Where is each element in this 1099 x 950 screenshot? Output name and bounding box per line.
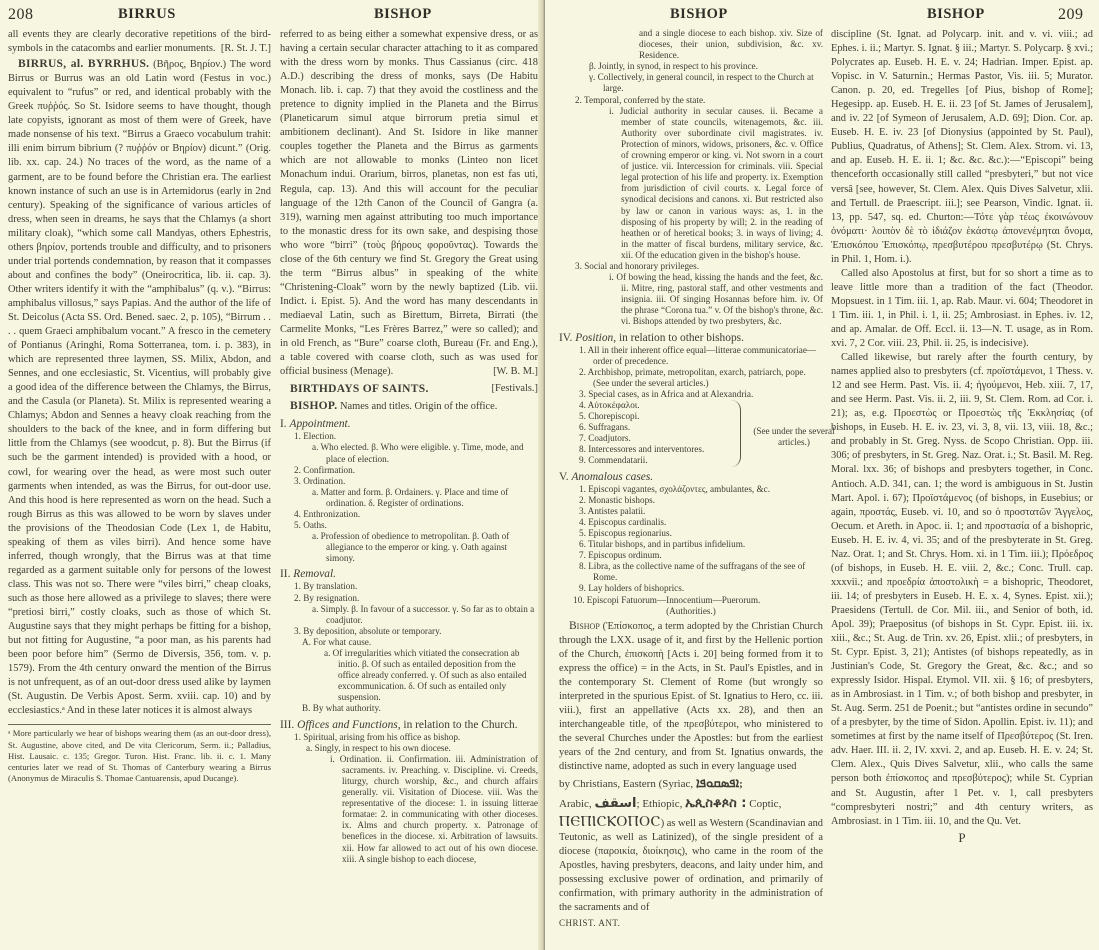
entry-heading: BIRTHDAYS OF SAINTS. (290, 383, 429, 395)
right-column-1: and a single diocese to each bishop. xiv… (559, 28, 823, 930)
outline-section-5: V. Anomalous cases. (559, 470, 823, 484)
outline-item: 8. Libra, as the collective name of the … (559, 561, 823, 583)
entry-lead: Bishop (569, 620, 600, 632)
paragraph: discipline (St. Ignat. ad Polycarp. init… (831, 28, 1093, 267)
outline-item: 3. Ordination. (280, 476, 538, 487)
entry-greek: (Βῆρος, Βηρίον.) (153, 59, 226, 70)
paragraph-continuation: ⲠⲈⲠⲒⲤⲔⲞⲠⲞⲤ) as well as Western (Scandina… (559, 814, 823, 915)
braced-list: 4. Αὐτοκέφαλοι. 5. Chorepiscopi. 6. Suff… (559, 400, 823, 467)
brace-note: (See under the several articles.) (749, 426, 839, 448)
outline-item: 8. Intercessores and interventores. (559, 444, 727, 455)
outline-item: B. By what authority. (280, 703, 538, 714)
outline-item: 4. Enthronization. (280, 509, 538, 520)
page-number-right: 209 (1058, 6, 1084, 24)
outline-item: β. Jointly, in synod, in respect to his … (559, 61, 823, 72)
outline-item: a. Matter and form. β. Ordainers. γ. Pla… (280, 487, 538, 509)
catchword: CHRIST. ANT. (559, 916, 823, 930)
signature-mark: P (831, 831, 1093, 845)
footnote: ᵃ More particularly we hear of bishops w… (8, 724, 271, 784)
outline-item: 5. Chorepiscopi. (559, 411, 823, 422)
outline-item: 1. All in their inherent office equal—li… (559, 345, 823, 367)
outline-item: 6. Titular bishops, and in partibus infi… (559, 539, 823, 550)
bishop-definition: Bishop (Ἐπίσκοπος, a term adopted by the… (559, 619, 823, 775)
outline-section-3: III. Offices and Functions, in relation … (280, 718, 538, 732)
outline-item: i. Ordination. ii. Confirmation. iii. Ad… (280, 754, 538, 865)
script-names: by Christians, Eastern (Syriac, ܐܦܣܩܘܦܐ;… (559, 774, 823, 814)
left-column-2: referred to as being either a somewhat e… (280, 28, 538, 865)
bishop-entry: BISHOP. Names and titles. Origin of the … (280, 399, 538, 414)
running-head-left-col2: BISHOP (374, 6, 432, 23)
script-text: Arabic, (559, 798, 592, 810)
outline-item: 10. Episcopi Fatuorum—Innocentium—Pueror… (559, 595, 823, 606)
outline-item: 1. Election. (280, 431, 538, 442)
right-page: BISHOP BISHOP 209 and a single diocese t… (545, 0, 1099, 950)
outline-item: 3. Antistes palatii. (559, 506, 823, 517)
outline-item: a. Of irregularities which vitiated the … (280, 648, 538, 703)
coptic-word: ⲠⲈⲠⲒⲤⲔⲞⲠⲞⲤ (559, 812, 661, 830)
outline-item: 1. Spiritual, arising from his office as… (280, 732, 538, 743)
outline-item: 2. Archbishop, primate, metropolitan, ex… (559, 367, 823, 389)
outline-item: a. Singly, in respect to his own diocese… (280, 743, 538, 754)
bishop-outline: I. Appointment. 1. Election. a. Who elec… (280, 417, 538, 864)
outline-item: 5. Oaths. (280, 520, 538, 531)
script-text: ; Ethiopic, (637, 798, 683, 810)
book-spread: 208 BIRRUS BISHOP all events they are cl… (0, 0, 1099, 950)
authorities-label: (Authorities.) (559, 606, 823, 617)
birrus-entry: BIRRUS, al. BYRRHUS. (Βῆρος, Βηρίον.) Th… (8, 57, 271, 718)
outline-item: 2. Confirmation. (280, 465, 538, 476)
running-head-left: BIRRUS (118, 6, 176, 23)
ethiopic-word: ኤጲስቆጶስ : (685, 796, 746, 811)
page-number-left: 208 (8, 6, 34, 24)
outline-item: a. Simply. β. In favour of a successor. … (280, 604, 538, 626)
script-text: by Christians, Eastern (Syriac, (559, 778, 693, 790)
outline-item: 1. By translation. (280, 581, 538, 592)
paragraph: Called likewise, but rarely after the fo… (831, 351, 1093, 829)
outline-item: a. Who elected. β. Who were eligible. γ.… (280, 442, 538, 464)
outline-item: 5. Episcopus regionarius. (559, 528, 823, 539)
birthdays-entry: BIRTHDAYS OF SAINTS. [Festivals.] (280, 382, 538, 397)
running-head-right-col1: BISHOP (670, 6, 728, 23)
outline-item: 3. By deposition, absolute or temporary. (280, 626, 538, 637)
outline-section-2: II. Removal. (280, 567, 538, 581)
outline-item: 4. Αὐτοκέφαλοι. (559, 400, 823, 411)
outline-item: 3. Social and honorary privileges. (559, 261, 823, 272)
outline-section-1: I. Appointment. (280, 417, 538, 431)
outline-item: 9. Lay holders of bishoprics. (559, 583, 823, 594)
cross-reference: [Festivals.] (482, 382, 538, 396)
syriac-word: ܐܦܣܩܘܦܐ (696, 776, 739, 791)
outline-item: i. Judicial authority in secular causes.… (559, 106, 823, 261)
brace-icon (729, 400, 741, 467)
entry-body: The word Birrus or Burrus was an old Lat… (8, 59, 271, 716)
outline-item: 9. Commendatarii. (559, 455, 823, 466)
paragraph: Called also Apostolus at first, but for … (831, 267, 1093, 351)
outline-item: A. For what cause. (280, 637, 538, 648)
outline-item: 3. Special cases, as in Africa and at Al… (559, 389, 823, 400)
arabic-word: اسقف (594, 796, 636, 811)
outline-item: and a single diocese to each bishop. xiv… (559, 28, 823, 61)
script-text: Coptic, (749, 798, 781, 810)
outline-item: a. Profession of obedience to metropolit… (280, 531, 538, 564)
right-column-2: discipline (St. Ignat. ad Polycarp. init… (831, 28, 1093, 845)
outline-item: 1. Episcopi vagantes, σχολάζοντες, ambul… (559, 484, 823, 495)
outline-item: 2. By resignation. (280, 593, 538, 604)
paragraph-continuation: referred to as being either a somewhat e… (280, 28, 538, 379)
left-column-1: all events they are clearly decorative r… (8, 28, 271, 784)
outline-item: i. Of bowing the head, kissing the hands… (559, 272, 823, 327)
outline-item: 7. Episcopus ordinum. (559, 550, 823, 561)
outline-item: 2. Monastic bishops. (559, 495, 823, 506)
outline-item: 2. Temporal, conferred by the state. (559, 95, 823, 106)
outline-item: γ. Collectively, in general council, in … (559, 72, 823, 94)
paragraph-body: (Ἐπίσκοπος, a term adopted by the Christ… (559, 621, 823, 772)
outline-item: 4. Episcopus cardinalis. (559, 517, 823, 528)
bishop-outline-continued: and a single diocese to each bishop. xiv… (559, 28, 823, 617)
entry-heading: BISHOP. (290, 400, 337, 412)
left-page: 208 BIRRUS BISHOP all events they are cl… (0, 0, 545, 950)
running-head-right: BISHOP (927, 6, 985, 23)
entry-heading: BIRRUS, al. BYRRHUS. (18, 58, 149, 70)
entry-intro: Names and titles. Origin of the office. (340, 401, 497, 412)
paragraph-body: ) as well as Western (Scandinavian and T… (559, 818, 823, 913)
outline-section-4: IV. Position, in relation to other bisho… (559, 331, 823, 345)
